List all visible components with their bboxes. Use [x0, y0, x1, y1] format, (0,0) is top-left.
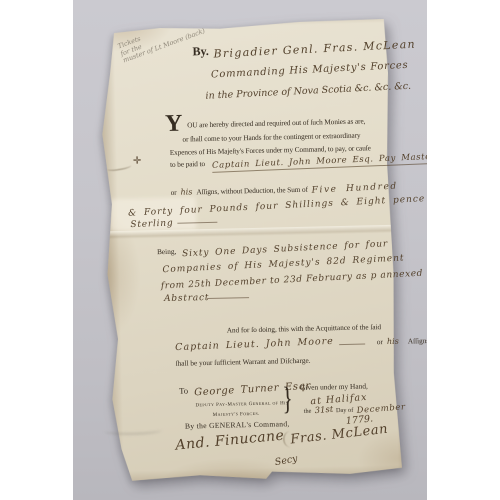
photo-background: Tickets for the muster of Lt Moore (back… [73, 0, 427, 500]
header-script-commanding: Commanding His Majesty's Forces [211, 60, 409, 81]
printed-the: the [304, 408, 312, 415]
printed-or-2: or [377, 337, 383, 346]
header-by-line: By. Brigadier Genl. Fras. McLean [192, 39, 416, 59]
auction-photo: Tickets for the muster of Lt Moore (back… [0, 0, 500, 500]
script-five-hundred: Five Hundred [312, 182, 399, 196]
brace-glyph: } [282, 380, 293, 417]
body-line1: OU are hereby directed and required out … [187, 116, 365, 129]
header-script-general-name: Brigadier Genl. Fras. McLean [214, 38, 417, 61]
script-day: 31st [314, 405, 333, 416]
ink-flourish-discharge [339, 340, 365, 345]
printed-given-under-hand: Given under my Hand, [300, 381, 368, 392]
script-his-2: his [387, 337, 399, 346]
document-tilt-wrapper: Tickets for the muster of Lt Moore (back… [73, 0, 427, 500]
discharge-line1: And for ſo doing, this with the Acquitta… [227, 323, 381, 334]
header-script-province: in the Province of Nova Scotia &c. &c. &… [205, 81, 411, 102]
body-line2: or ſhall come to your Hands for the cont… [182, 130, 360, 143]
ink-flourish-sterling [177, 219, 217, 224]
payee-line: to be paid to Captain Lieut. John Moore … [170, 155, 396, 172]
ink-show-through [104, 426, 162, 435]
printed-assigns-2: Aſſigns, [408, 336, 427, 346]
script-sterling: Sterling [130, 218, 173, 230]
general-signature: Fras. McLean [290, 422, 389, 448]
printed-office-line1: Deputy Pay-Master General of His [195, 400, 288, 408]
printed-to: To [179, 386, 188, 396]
printed-day-of: Day of [336, 407, 353, 414]
printed-office-line2: Majesty's Forces. [213, 411, 260, 418]
printed-to-be-paid-to: to be paid to [170, 159, 205, 169]
discharge-line2: Captain Lieut. John Moore or his Aſſigns… [175, 335, 427, 352]
script-abstract: Abstract [164, 293, 209, 304]
margin-cross-icon: ✛ [133, 156, 142, 167]
secretary-signature: And. Finucane [175, 428, 285, 454]
margin-scribble [107, 161, 132, 172]
document-content: Tickets for the muster of Lt Moore (back… [73, 0, 427, 500]
script-addressee: George Turner Esqr [194, 381, 311, 399]
discharge-line3: ſhall be your ſufficient Warrant and Diſ… [175, 356, 310, 368]
script-sum-pounds: & Forty four Pounds four Shillings & Eig… [128, 194, 426, 219]
printed-by: By. [192, 44, 209, 59]
script-discharge-payee: Captain Lieut. John Moore [175, 336, 334, 353]
printed-or: or [171, 188, 177, 197]
dropcap-Y: Y [165, 114, 183, 134]
secretary-title: Secy [274, 453, 298, 468]
printed-being: Being, [157, 247, 176, 256]
script-his: his [180, 187, 192, 196]
printed-assigns-sum-of: Aſſigns, without Deduction, the Sum of [196, 185, 308, 197]
sum-line1: or his Aſſigns, without Deduction, the S… [171, 183, 399, 198]
ink-flourish-abstract [207, 294, 249, 299]
